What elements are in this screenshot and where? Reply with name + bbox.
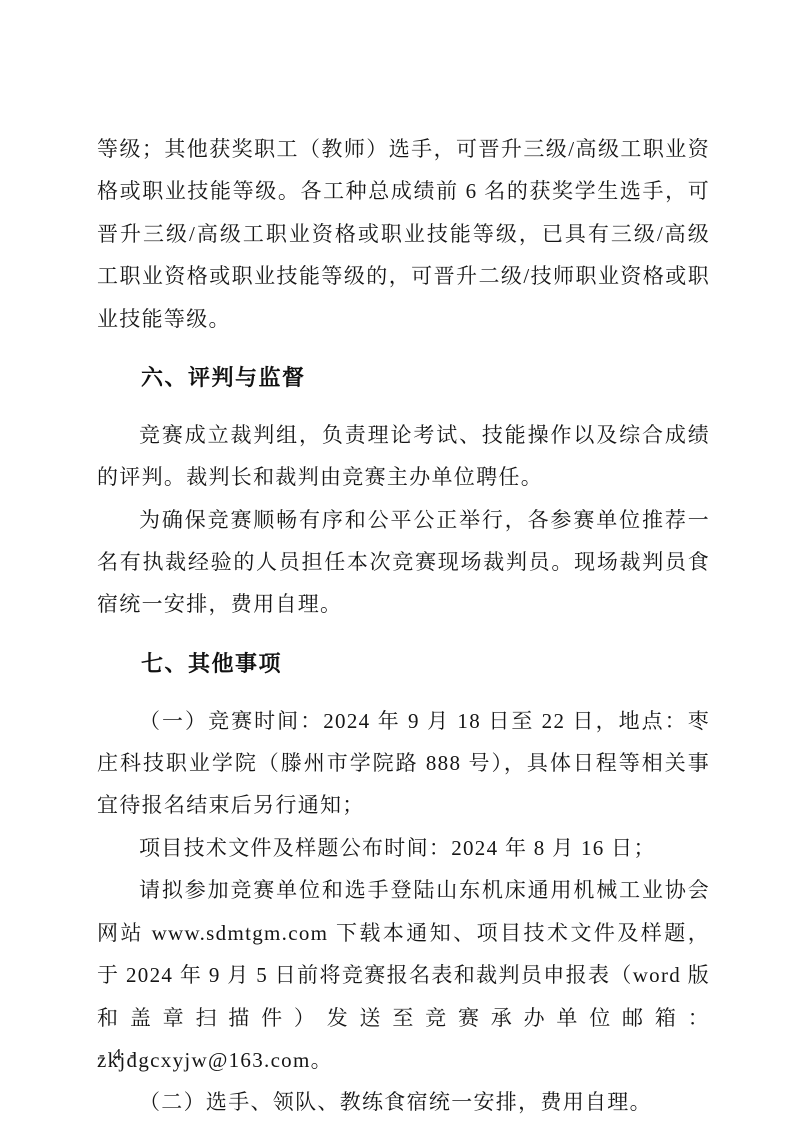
paragraph-technical-documents-date: 项目技术文件及样题公布时间：2024 年 8 月 16 日； [97,827,710,869]
paragraph-continuation: 等级；其他获奖职工（教师）选手，可晋升三级/高级工职业资格或职业技能等级。各工种… [97,128,710,340]
document-page: 等级；其他获奖职工（教师）选手，可晋升三级/高级工职业资格或职业技能等级。各工种… [0,0,800,1131]
paragraph-registration-instructions: 请拟参加竞赛单位和选手登陆山东机床通用机械工业协会网站 www.sdmtgm.c… [97,869,710,1081]
section-heading-judging-supervision: 六、评判与监督 [97,357,710,399]
page-number: - 4 - [99,1045,137,1065]
paragraph-competition-time-location: （一）竞赛时间：2024 年 9 月 18 日至 22 日，地点：枣庄科技职业学… [97,700,710,827]
paragraph-judging-panel: 竞赛成立裁判组，负责理论考试、技能操作以及综合成绩的评判。裁判长和裁判由竞赛主办… [97,414,710,499]
paragraph-accommodation: （二）选手、领队、教练食宿统一安排，费用自理。 [97,1081,710,1123]
document-content: 等级；其他获奖职工（教师）选手，可晋升三级/高级工职业资格或职业技能等级。各工种… [97,128,710,1124]
paragraph-referee-recommendation: 为确保竞赛顺畅有序和公平公正举行，各参赛单位推荐一名有执裁经验的人员担任本次竞赛… [97,499,710,626]
section-heading-other-matters: 七、其他事项 [97,643,710,685]
